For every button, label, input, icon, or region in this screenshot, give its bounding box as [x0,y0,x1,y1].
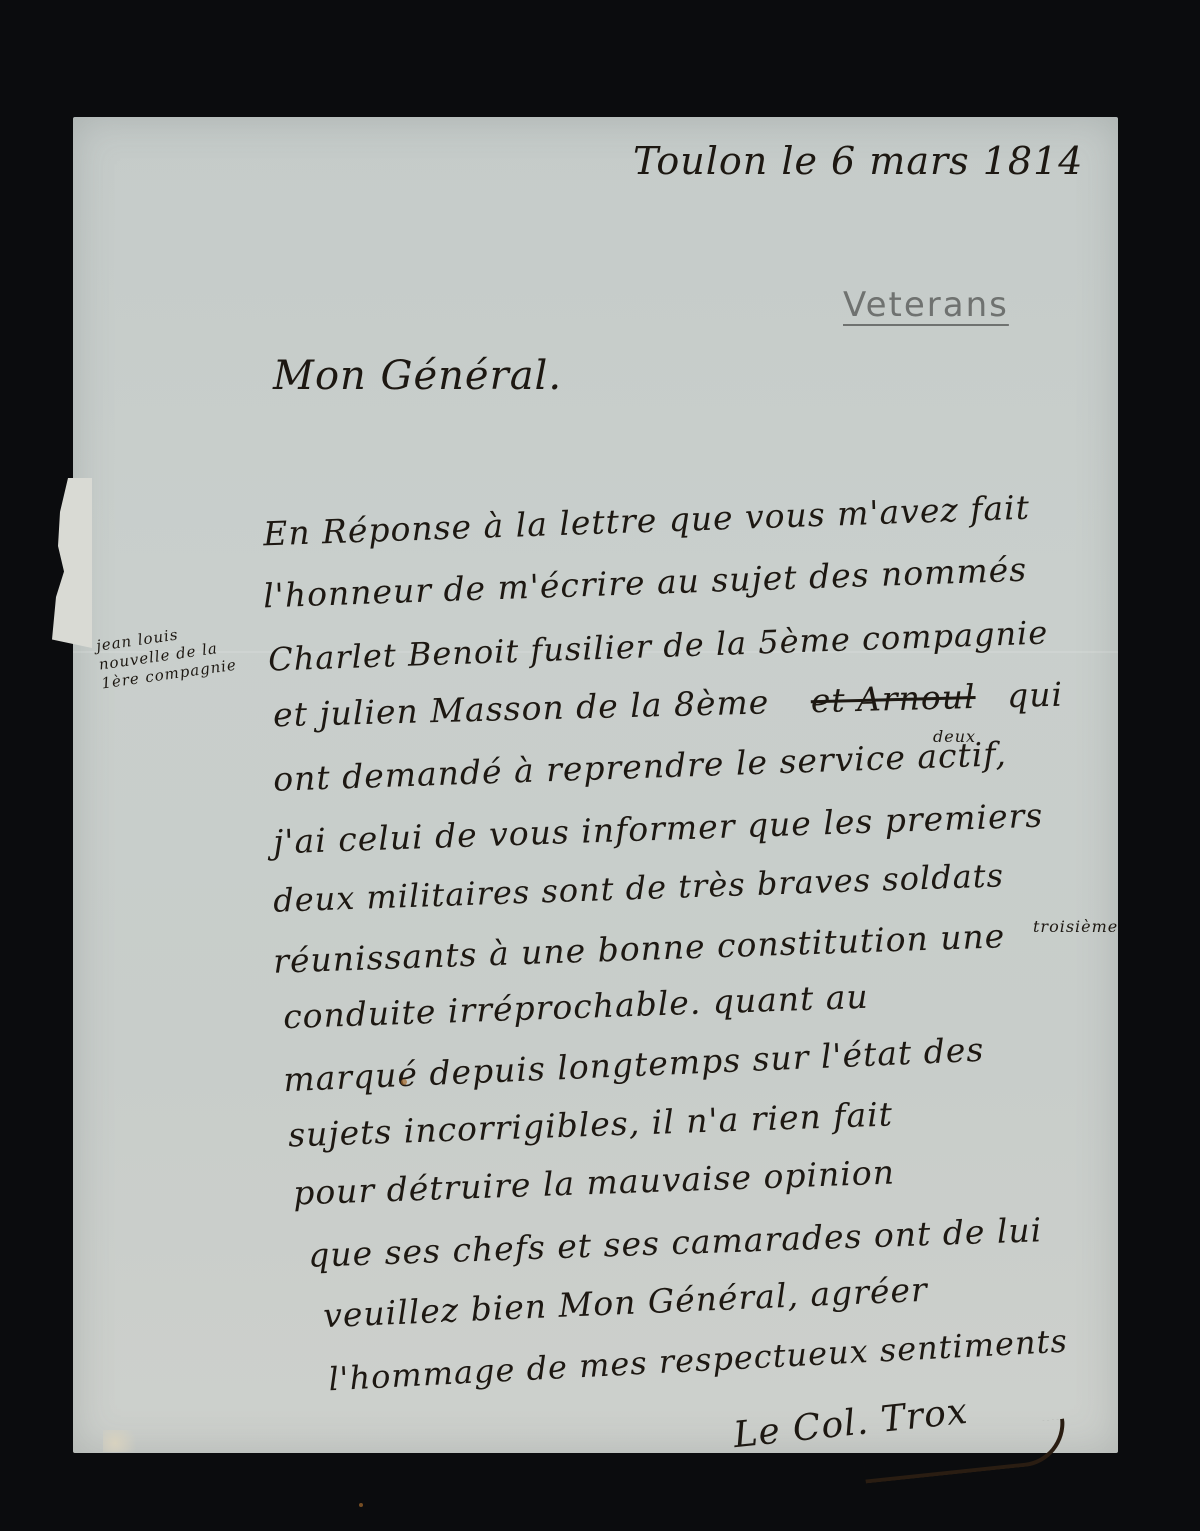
body-line: deux militaires sont de très braves sold… [273,856,1005,919]
torn-edge [52,478,92,648]
body-line: sujets incorrigibles, il n'a rien fait [288,1094,894,1154]
insertion: troisième [1033,917,1118,936]
body-line: En Réponse à la lettre que vous m'avez f… [263,488,1031,554]
body-line: pour détruire la mauvaise opinion [293,1153,896,1213]
body-line: l'hommage de mes respectueux sentiments [328,1322,1069,1399]
body-line: veuillez bien Mon Général, agréer [322,1270,928,1335]
body-line: ont demandé à reprendre le service actif… [273,734,1008,799]
body-line-text: et julien Masson de la 8ème [273,682,770,734]
body-line: réunissants à une bonne constitution une [273,916,1006,981]
body-line: j'ai celui de vous informer que les prem… [273,796,1044,862]
body-line: et julien Masson de la 8ème et Arnoul qu… [273,675,1064,735]
body-line-text: qui [1007,675,1064,715]
body-line: que ses chefs et ses camarades ont de lu… [308,1210,1043,1275]
body-line: l'honneur de m'écrire au sujet des nommé… [263,550,1028,616]
corner-wear [103,1430,143,1452]
struck-text: et Arnoul [810,677,976,720]
body-line: marqué depuis longtemps sur l'état des [282,1030,985,1100]
letter-body: En Réponse à la lettre que vous m'avez f… [73,117,1118,1453]
body-line: Charlet Benoit fusilier de la 5ème compa… [268,613,1049,678]
body-line: conduite irréprochable. quant au [282,977,869,1036]
ink-stain [359,1503,363,1507]
letter-page: Toulon le 6 mars 1814 Veterans Mon Génér… [73,117,1118,1453]
insertion: deux [933,727,976,746]
ink-stain [401,1079,407,1085]
